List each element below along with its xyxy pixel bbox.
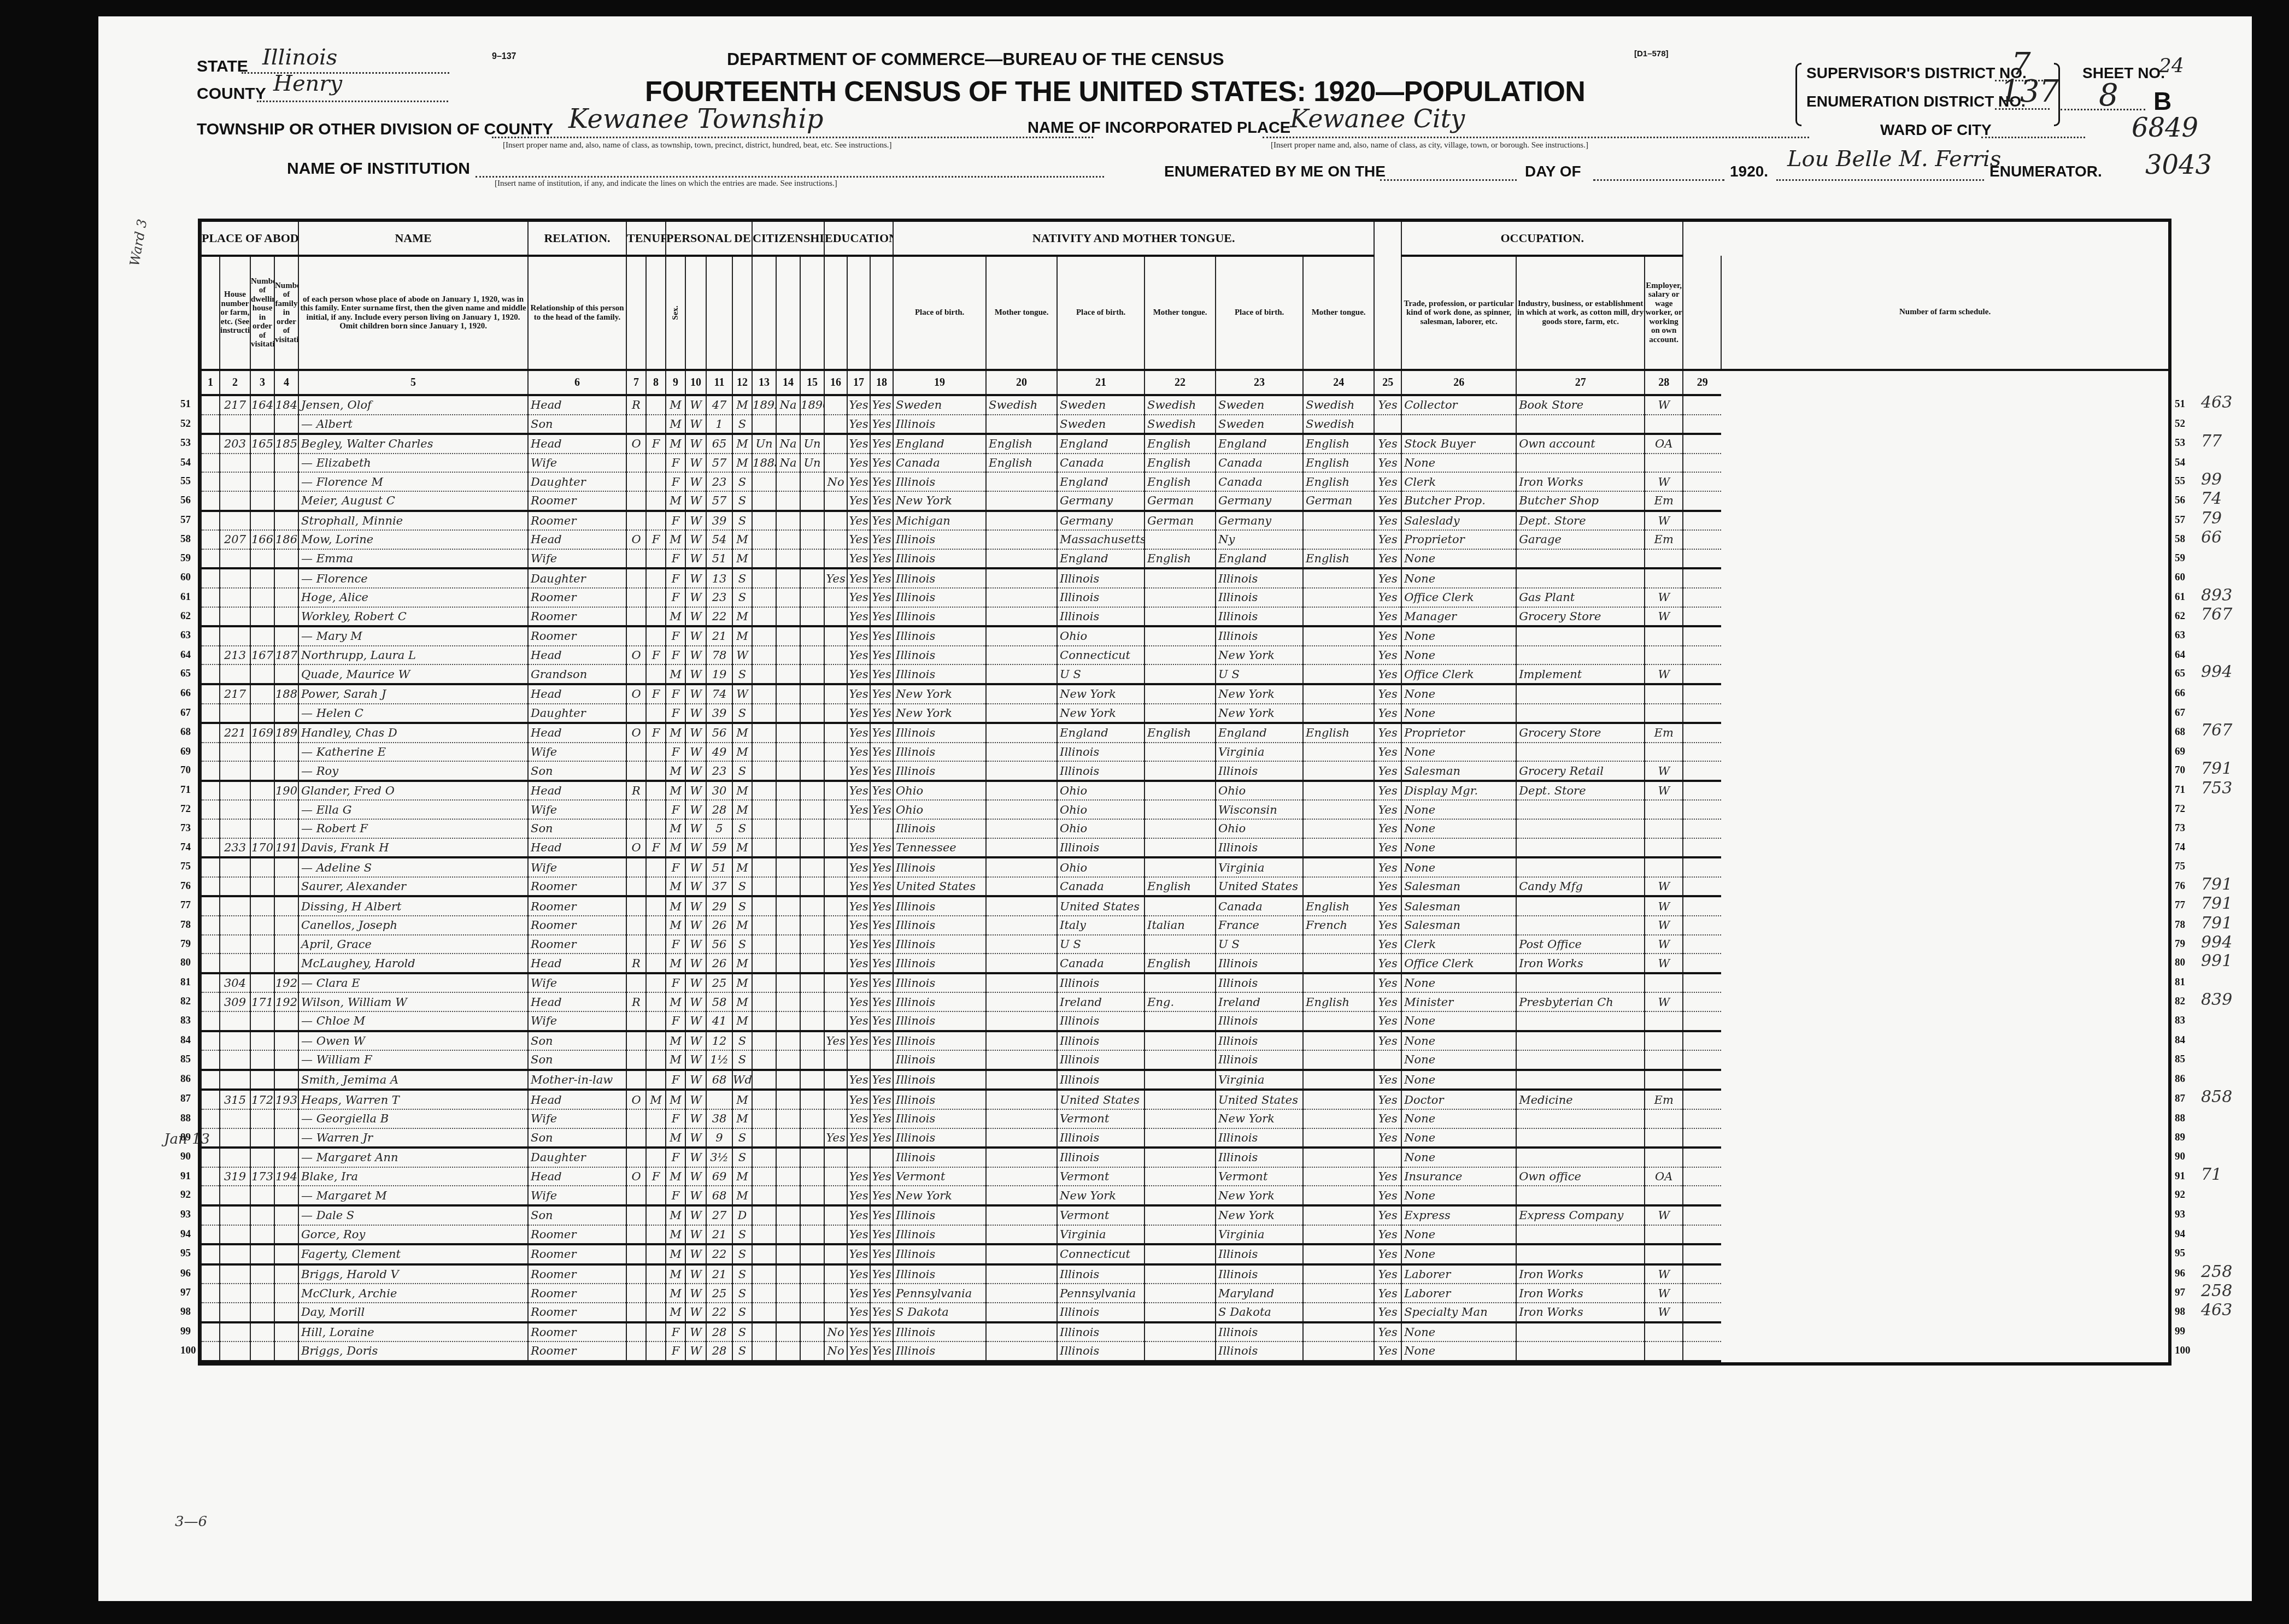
- cell-col-11: 26: [706, 916, 732, 935]
- cell-col-25: [1374, 415, 1401, 434]
- cell-col-15: [800, 877, 824, 897]
- cell-col-16: [824, 626, 847, 646]
- cell-col-1: [201, 992, 220, 1011]
- cell-col-19: Tennessee: [893, 838, 986, 858]
- cell-col-1: [201, 511, 220, 531]
- census-table-body: PLACE OF ABODE.NAMERELATION.TENURE.PERSO…: [201, 222, 2168, 1362]
- cell-col-17: Yes: [847, 1070, 870, 1090]
- cell-col-1: [201, 1284, 220, 1303]
- cell-col-25: Yes: [1374, 1244, 1401, 1264]
- cell-col-23: Illinois: [1216, 1264, 1303, 1284]
- cell-col-16: Yes: [824, 1128, 847, 1148]
- cell-col-11: 1: [706, 415, 732, 434]
- table-row: 304192— Clara EWifeFW25MYesYesIllinoisIl…: [201, 973, 2168, 993]
- cell-col-3: [250, 743, 274, 762]
- cell-col-24: English: [1303, 723, 1374, 743]
- cell-col-1: [201, 549, 220, 569]
- cell-col-5: Northrupp, Laura L: [298, 646, 528, 665]
- cell-col-8: [646, 877, 666, 897]
- column-header-10: Color or race.: [685, 256, 706, 370]
- cell-col-15: Un: [800, 434, 824, 454]
- line-number-left: 76: [180, 880, 191, 892]
- cell-col-10: W: [685, 896, 706, 916]
- column-group-header: NAME: [298, 222, 528, 256]
- cell-col-19: Illinois: [893, 857, 986, 877]
- cell-col-24: [1303, 1264, 1374, 1284]
- cell-col-12: S: [732, 588, 752, 607]
- line-number-right: 70: [2175, 764, 2185, 776]
- cell-col-20: [986, 684, 1057, 704]
- cell-col-29: [1683, 819, 1721, 838]
- cell-col-29: [1683, 491, 1721, 511]
- enumeration-value: 137: [2000, 74, 2059, 109]
- cell-col-5: — Emma: [298, 549, 528, 569]
- cell-col-10: W: [685, 992, 706, 1011]
- cell-col-25: Yes: [1374, 588, 1401, 607]
- cell-col-11: 13: [706, 568, 732, 588]
- cell-col-9: F: [666, 684, 685, 704]
- cell-col-9: F: [666, 1186, 685, 1205]
- line-number-left: 53: [180, 437, 191, 449]
- cell-col-25: Yes: [1374, 916, 1401, 935]
- line-number-left: 55: [180, 475, 191, 487]
- cell-col-19: Illinois: [893, 761, 986, 781]
- cell-col-22: [1144, 1186, 1216, 1205]
- cell-col-24: [1303, 704, 1374, 723]
- cell-col-8: [646, 415, 666, 434]
- cell-col-25: Yes: [1374, 819, 1401, 838]
- cell-col-25: Yes: [1374, 896, 1401, 916]
- table-row: Hill, LoraineRoomerFW28SNoYesYesIllinois…: [201, 1322, 2168, 1342]
- cell-col-10: W: [685, 646, 706, 665]
- cell-col-16: [824, 395, 847, 415]
- column-number: 20: [986, 370, 1057, 395]
- cell-col-5: Hill, Loraine: [298, 1322, 528, 1342]
- cell-col-4: 194: [274, 1167, 298, 1186]
- cell-col-18: Yes: [870, 664, 893, 684]
- cell-col-28: W: [1645, 781, 1683, 801]
- line-number-right: 78: [2175, 919, 2185, 931]
- cell-col-3: [250, 1303, 274, 1322]
- cell-col-2: [220, 1148, 250, 1167]
- cell-col-17: Yes: [847, 549, 870, 569]
- cell-col-15: [800, 588, 824, 607]
- cell-col-26: Proprietor: [1401, 723, 1516, 743]
- cell-col-10: W: [685, 395, 706, 415]
- cell-col-13: [752, 857, 776, 877]
- cell-col-8: F: [646, 646, 666, 665]
- cell-col-15: [800, 1031, 824, 1051]
- cell-col-11: 65: [706, 434, 732, 454]
- cell-col-3: [250, 472, 274, 491]
- cell-col-24: [1303, 781, 1374, 801]
- cell-col-3: [250, 1341, 274, 1361]
- cell-col-27: Butcher Shop: [1516, 491, 1645, 511]
- line-number-left: 73: [180, 822, 191, 834]
- cell-col-6: Grandson: [528, 664, 626, 684]
- cell-col-18: Yes: [870, 684, 893, 704]
- cell-col-2: [220, 857, 250, 877]
- cell-col-14: [776, 704, 800, 723]
- cell-col-28: W: [1645, 916, 1683, 935]
- table-row: — Owen WSonMW12SYesYesYesIllinoisIllinoi…: [201, 1031, 2168, 1051]
- cell-col-8: [646, 992, 666, 1011]
- cell-col-12: M: [732, 607, 752, 627]
- cell-col-16: [824, 1225, 847, 1245]
- cell-col-11: 51: [706, 857, 732, 877]
- enumeration-label: ENUMERATION DISTRICT NO.: [1806, 93, 2026, 110]
- cell-col-2: 207: [220, 530, 250, 549]
- cell-col-4: [274, 743, 298, 762]
- cell-col-28: [1645, 704, 1683, 723]
- day-of-label: DAY OF: [1525, 163, 1581, 180]
- cell-col-19: S Dakota: [893, 1303, 986, 1322]
- column-header-label: Mother tongue.: [995, 308, 1049, 317]
- cell-col-13: [752, 743, 776, 762]
- column-number: 16: [824, 370, 847, 395]
- cell-col-2: [220, 1109, 250, 1128]
- cell-col-3: [250, 1322, 274, 1342]
- cell-col-6: Wife: [528, 743, 626, 762]
- cell-col-14: [776, 1244, 800, 1264]
- cell-col-21: Vermont: [1057, 1205, 1144, 1225]
- cell-col-12: S: [732, 472, 752, 491]
- supervisor-label: SUPERVISOR'S DISTRICT NO.: [1806, 64, 2027, 82]
- line-number-right: 74: [2175, 842, 2185, 854]
- enumerated-day-line: [1380, 164, 1517, 181]
- cell-col-12: M: [732, 626, 752, 646]
- table-row: 217188Power, Sarah JHeadOFFW74WYesYesNew…: [201, 684, 2168, 704]
- enumerated-month-line: [1593, 164, 1724, 181]
- cell-col-24: [1303, 1109, 1374, 1128]
- cell-col-16: [824, 415, 847, 434]
- cell-col-11: 59: [706, 838, 732, 858]
- cell-col-11: 25: [706, 973, 732, 993]
- cell-col-5: — Florence: [298, 568, 528, 588]
- cell-col-15: [800, 857, 824, 877]
- cell-col-14: [776, 1109, 800, 1128]
- line-number-left: 99: [180, 1326, 191, 1338]
- cell-col-24: [1303, 684, 1374, 704]
- cell-col-15: [800, 935, 824, 954]
- cell-col-18: Yes: [870, 1225, 893, 1245]
- cell-col-22: [1144, 838, 1216, 858]
- cell-col-25: Yes: [1374, 1090, 1401, 1109]
- cell-col-11: 57: [706, 454, 732, 473]
- cell-col-15: [800, 549, 824, 569]
- cell-col-17: Yes: [847, 454, 870, 473]
- cell-col-27: Gas Plant: [1516, 588, 1645, 607]
- cell-col-19: Illinois: [893, 588, 986, 607]
- cell-col-17: Yes: [847, 1031, 870, 1051]
- cell-col-11: 38: [706, 1109, 732, 1128]
- cell-col-11: 28: [706, 800, 732, 819]
- column-header-26: Trade, profession, or particular kind of…: [1401, 256, 1516, 370]
- column-group-header: CITIZENSHIP.: [752, 222, 824, 256]
- cell-col-26: Butcher Prop.: [1401, 491, 1516, 511]
- cell-col-20: [986, 916, 1057, 935]
- cell-col-23: Illinois: [1216, 1011, 1303, 1031]
- cell-col-6: Roomer: [528, 1244, 626, 1264]
- cell-col-21: Canada: [1057, 954, 1144, 973]
- cell-col-25: Yes: [1374, 454, 1401, 473]
- cell-col-4: [274, 454, 298, 473]
- cell-col-28: [1645, 1050, 1683, 1070]
- cell-col-10: W: [685, 1167, 706, 1186]
- cell-col-18: Yes: [870, 761, 893, 781]
- cell-col-17: Yes: [847, 607, 870, 627]
- column-header-label: Sex.: [671, 305, 680, 320]
- cell-col-6: Daughter: [528, 568, 626, 588]
- cell-col-4: 189: [274, 723, 298, 743]
- line-number-right: 65: [2175, 668, 2185, 680]
- cell-col-19: Illinois: [893, 1205, 986, 1225]
- cell-col-29: [1683, 530, 1721, 549]
- census-title: FOURTEENTH CENSUS OF THE UNITED STATES: …: [645, 75, 1585, 108]
- cell-col-21: Italy: [1057, 916, 1144, 935]
- column-header-label: of each person whose place of abode on J…: [300, 295, 526, 331]
- cell-col-29: [1683, 395, 1721, 415]
- cell-col-17: Yes: [847, 1244, 870, 1264]
- cell-col-19: United States: [893, 877, 986, 897]
- cell-col-2: [220, 704, 250, 723]
- cell-col-2: [220, 415, 250, 434]
- cell-col-9: F: [666, 454, 685, 473]
- table-row: Hoge, AliceRoomerFW23SYesYesIllinoisIlli…: [201, 588, 2168, 607]
- cell-col-1: [201, 916, 220, 935]
- cell-col-29: [1683, 1186, 1721, 1205]
- cell-col-12: S: [732, 1148, 752, 1167]
- cell-col-24: [1303, 1090, 1374, 1109]
- cell-col-19: Illinois: [893, 1244, 986, 1264]
- cell-col-23: Illinois: [1216, 954, 1303, 973]
- cell-col-8: [646, 857, 666, 877]
- column-header-18: Whether able to write.: [870, 256, 893, 370]
- cell-col-22: Eng.: [1144, 992, 1216, 1011]
- cell-col-8: [646, 896, 666, 916]
- table-row: — FlorenceDaughterFW13SYesYesYesIllinois…: [201, 568, 2168, 588]
- cell-col-27: [1516, 1128, 1645, 1148]
- cell-col-20: [986, 415, 1057, 434]
- cell-col-28: [1645, 1031, 1683, 1051]
- cell-col-28: [1645, 684, 1683, 704]
- cell-col-21: Illinois: [1057, 1341, 1144, 1361]
- cell-col-3: [250, 857, 274, 877]
- cell-col-20: [986, 1341, 1057, 1361]
- cell-col-9: M: [666, 1128, 685, 1148]
- cell-col-10: W: [685, 588, 706, 607]
- cell-col-12: Wd: [732, 1070, 752, 1090]
- cell-col-18: Yes: [870, 1128, 893, 1148]
- cell-col-9: F: [666, 935, 685, 954]
- cell-col-2: 213: [220, 646, 250, 665]
- cell-col-7: R: [626, 954, 646, 973]
- cell-col-6: Head: [528, 992, 626, 1011]
- cell-col-4: 192: [274, 973, 298, 993]
- cell-col-20: [986, 1322, 1057, 1342]
- cell-col-3: [250, 973, 274, 993]
- cell-col-17: Yes: [847, 761, 870, 781]
- cell-col-22: [1144, 626, 1216, 646]
- cell-col-21: Sweden: [1057, 395, 1144, 415]
- cell-col-6: Daughter: [528, 704, 626, 723]
- cell-col-20: [986, 549, 1057, 569]
- cell-col-26: None: [1401, 1050, 1516, 1070]
- cell-col-22: [1144, 781, 1216, 801]
- cell-col-9: M: [666, 530, 685, 549]
- cell-col-26: [1401, 415, 1516, 434]
- cell-col-24: [1303, 1205, 1374, 1225]
- cell-col-2: [220, 896, 250, 916]
- cell-col-28: W: [1645, 664, 1683, 684]
- cell-col-10: W: [685, 723, 706, 743]
- cell-col-19: Illinois: [893, 1050, 986, 1070]
- cell-col-24: [1303, 1050, 1374, 1070]
- column-group-header: [1683, 222, 1721, 370]
- occupation-code: 77: [2201, 432, 2222, 451]
- cell-col-11: 68: [706, 1186, 732, 1205]
- cell-col-26: None: [1401, 1128, 1516, 1148]
- column-header-label: Number of dwelling house in order of vis…: [251, 277, 274, 349]
- cell-col-26: Insurance: [1401, 1167, 1516, 1186]
- cell-col-18: Yes: [870, 1284, 893, 1303]
- cell-col-13: [752, 916, 776, 935]
- cell-col-16: [824, 954, 847, 973]
- cell-col-28: [1645, 1322, 1683, 1342]
- cell-col-2: [220, 819, 250, 838]
- cell-col-26: Salesman: [1401, 916, 1516, 935]
- cell-col-24: [1303, 664, 1374, 684]
- cell-col-15: [800, 704, 824, 723]
- cell-col-27: [1516, 819, 1645, 838]
- cell-col-27: Own account: [1516, 434, 1645, 454]
- cell-col-16: [824, 588, 847, 607]
- cell-col-11: 9: [706, 1128, 732, 1148]
- line-number-left: 86: [180, 1073, 191, 1085]
- cell-col-18: Yes: [870, 896, 893, 916]
- column-header-23: Place of birth.: [1216, 256, 1303, 370]
- cell-col-17: Yes: [847, 1011, 870, 1031]
- cell-col-7: O: [626, 646, 646, 665]
- column-header-label: Mother tongue.: [1153, 308, 1207, 317]
- line-number-left: 88: [180, 1113, 191, 1125]
- cell-col-9: M: [666, 1050, 685, 1070]
- cell-col-25: Yes: [1374, 511, 1401, 531]
- column-number: 9: [666, 370, 685, 395]
- cell-col-25: Yes: [1374, 1303, 1401, 1322]
- cell-col-14: [776, 896, 800, 916]
- township-value: Kewanee Township: [568, 104, 823, 134]
- cell-col-18: Yes: [870, 1167, 893, 1186]
- cell-col-29: [1683, 588, 1721, 607]
- cell-col-21: New York: [1057, 704, 1144, 723]
- occupation-code: 463: [2201, 1301, 2232, 1320]
- cell-col-1: [201, 877, 220, 897]
- cell-col-25: Yes: [1374, 472, 1401, 491]
- cell-col-3: [250, 819, 274, 838]
- cell-col-9: F: [666, 472, 685, 491]
- cell-col-20: [986, 838, 1057, 858]
- line-number-left: 80: [180, 957, 191, 969]
- cell-col-15: [800, 1303, 824, 1322]
- cell-col-17: Yes: [847, 472, 870, 491]
- cell-col-28: [1645, 838, 1683, 858]
- cell-col-12: M: [732, 973, 752, 993]
- cell-col-12: M: [732, 1109, 752, 1128]
- cell-col-7: [626, 568, 646, 588]
- cell-col-7: [626, 472, 646, 491]
- cell-col-22: Swedish: [1144, 415, 1216, 434]
- cell-col-24: [1303, 1070, 1374, 1090]
- table-row: 213167187Northrupp, Laura LHeadOFFW78WYe…: [201, 646, 2168, 665]
- cell-col-11: 27: [706, 1205, 732, 1225]
- cell-col-6: Roomer: [528, 491, 626, 511]
- cell-col-20: [986, 1244, 1057, 1264]
- cell-col-16: [824, 723, 847, 743]
- cell-col-17: Yes: [847, 1225, 870, 1245]
- cell-col-4: [274, 1225, 298, 1245]
- cell-col-11: 1½: [706, 1050, 732, 1070]
- cell-col-15: [800, 415, 824, 434]
- table-row: Workley, Robert CRoomerMW22MYesYesIllino…: [201, 607, 2168, 627]
- cell-col-21: Vermont: [1057, 1167, 1144, 1186]
- cell-col-22: Swedish: [1144, 395, 1216, 415]
- cell-col-5: Canellos, Joseph: [298, 916, 528, 935]
- cell-col-19: Illinois: [893, 1341, 986, 1361]
- cell-col-18: Yes: [870, 511, 893, 531]
- cell-col-27: [1516, 684, 1645, 704]
- cell-col-9: F: [666, 857, 685, 877]
- cell-col-29: [1683, 454, 1721, 473]
- cell-col-10: W: [685, 530, 706, 549]
- table-row: — Helen CDaughterFW39SYesYesNew YorkNew …: [201, 704, 2168, 723]
- ward-label: WARD OF CITY: [1880, 121, 1992, 139]
- cell-col-28: [1645, 1070, 1683, 1090]
- cell-col-1: [201, 1186, 220, 1205]
- cell-col-19: Illinois: [893, 743, 986, 762]
- line-number-right: 68: [2175, 726, 2185, 738]
- cell-col-6: Son: [528, 1205, 626, 1225]
- line-number-left: 91: [180, 1170, 191, 1182]
- ward-line: [1981, 123, 2085, 138]
- line-number-right: 81: [2175, 976, 2185, 988]
- column-header-7: Home owned or rented.: [626, 256, 646, 370]
- cell-col-28: [1645, 549, 1683, 569]
- cell-col-29: [1683, 935, 1721, 954]
- cell-col-6: Roomer: [528, 877, 626, 897]
- cell-col-4: [274, 1244, 298, 1264]
- column-header-13: Year of immigration to the United States…: [752, 256, 776, 370]
- cell-col-23: Illinois: [1216, 626, 1303, 646]
- cell-col-11: 78: [706, 646, 732, 665]
- cell-col-22: Italian: [1144, 916, 1216, 935]
- cell-col-4: [274, 1205, 298, 1225]
- line-number-left: 68: [180, 726, 191, 738]
- cell-col-17: Yes: [847, 568, 870, 588]
- line-number-right: 100: [2175, 1345, 2191, 1357]
- cell-col-7: [626, 664, 646, 684]
- line-number-left: 96: [180, 1268, 191, 1280]
- cell-col-22: [1144, 568, 1216, 588]
- cell-col-1: [201, 1031, 220, 1051]
- cell-col-17: Yes: [847, 1284, 870, 1303]
- cell-col-29: [1683, 549, 1721, 569]
- cell-col-3: 170: [250, 838, 274, 858]
- cell-col-4: [274, 761, 298, 781]
- cell-col-15: [800, 743, 824, 762]
- cell-col-7: O: [626, 1167, 646, 1186]
- cell-col-21: Illinois: [1057, 568, 1144, 588]
